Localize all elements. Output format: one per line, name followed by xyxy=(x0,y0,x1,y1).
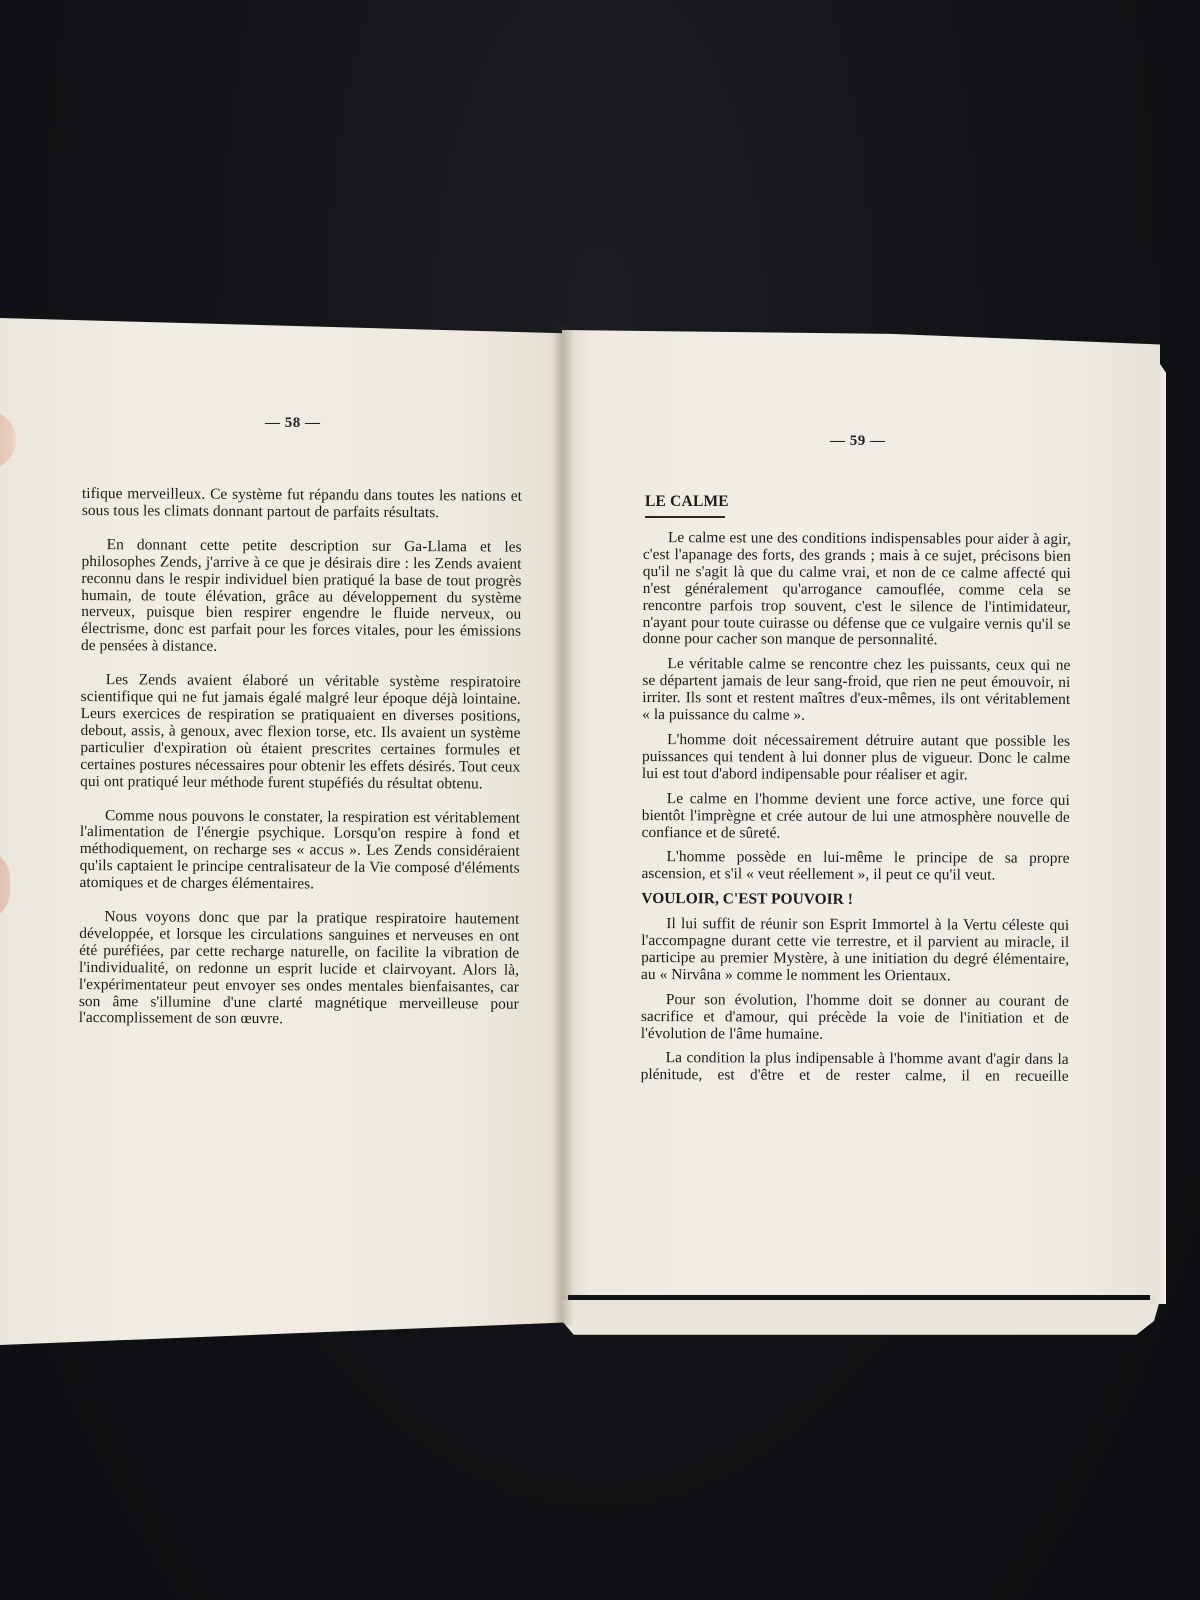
section-heading-vouloir: VOULOIR, C'EST POUVOIR ! xyxy=(641,891,1069,910)
section-heading-le-calme: LE CALME xyxy=(645,493,729,511)
page-stack-bottom xyxy=(562,1300,1160,1335)
paragraph: Pour son évolution, l'homme doit se donn… xyxy=(641,992,1069,1045)
page-number-58: — 58 — xyxy=(265,415,321,432)
heading-underline xyxy=(645,516,725,518)
paragraph: L'homme doit nécessairement détruire aut… xyxy=(642,732,1070,785)
paragraph: Nous voyons donc que par la pratique res… xyxy=(79,909,520,1030)
paragraph: Il lui suffit de réunir son Esprit Immor… xyxy=(641,916,1069,985)
paragraph: Le calme est une des conditions indispen… xyxy=(642,530,1071,650)
paragraph: En donnant cette petite description sur … xyxy=(81,537,522,658)
paragraph: Le véritable calme se rencontre chez les… xyxy=(642,656,1070,725)
paragraph: La condition la plus indipensable à l'ho… xyxy=(641,1050,1069,1086)
paragraph: Comme nous pouvons le constater, la resp… xyxy=(80,807,521,894)
right-page-text: Le calme est une des conditions indispen… xyxy=(641,530,1071,1086)
paragraph: Les Zends avaient élaboré un véritable s… xyxy=(80,672,521,793)
book-gutter xyxy=(552,325,574,1325)
paragraph: Le calme en l'homme devient une force ac… xyxy=(642,791,1070,844)
page-number-59: — 59 — xyxy=(830,433,886,450)
paragraph: L'homme possède en lui-même le principe … xyxy=(641,849,1069,885)
paragraph: tifique merveilleux. Ce système fut répa… xyxy=(82,486,522,522)
left-page-text: tifique merveilleux. Ce système fut répa… xyxy=(79,486,522,1030)
